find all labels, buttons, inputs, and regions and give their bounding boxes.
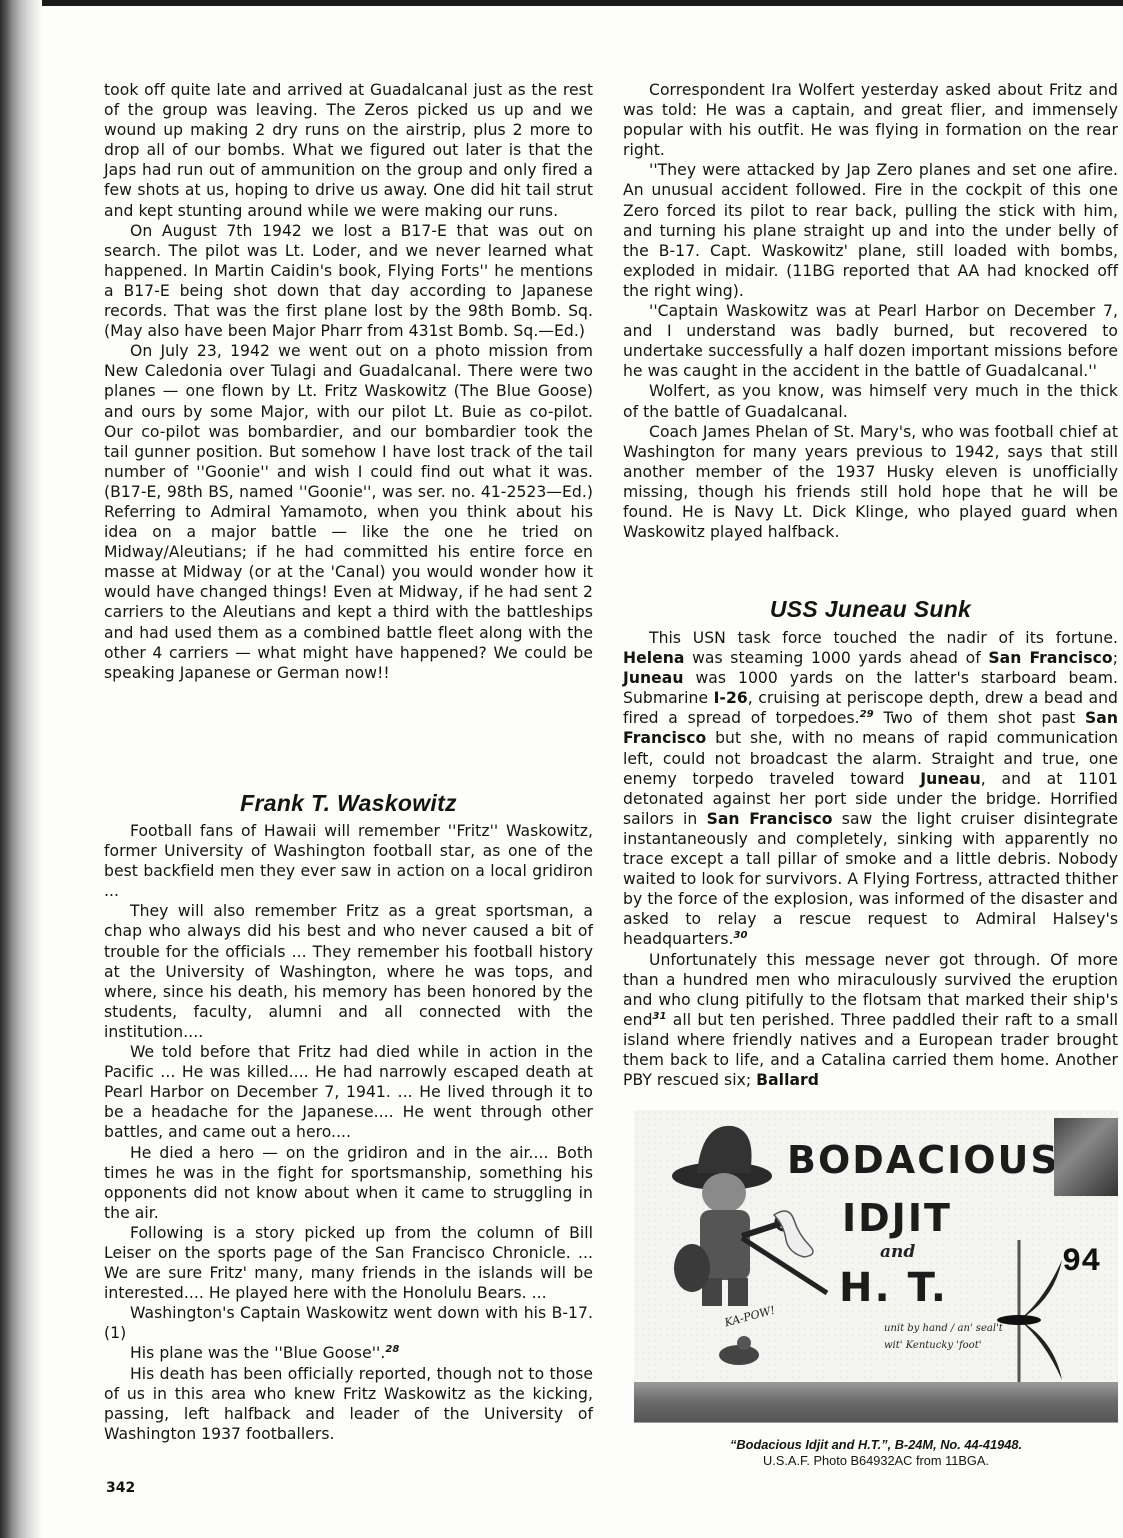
paragraph: We told before that Fritz had died while… <box>104 1042 593 1142</box>
footnote-ref: 29 <box>860 709 874 720</box>
paragraph: He died a hero — on the gridiron and in … <box>104 1143 593 1223</box>
paragraph: took off quite late and arrived at Guada… <box>104 80 593 221</box>
text-run: was steaming 1000 yards ahead of <box>684 649 988 667</box>
paragraph: Washington's Captain Waskowitz went down… <box>104 1303 593 1343</box>
nose-art-idjit: IDJIT <box>842 1196 952 1240</box>
nose-art-bodacious: BODACIOUS <box>787 1138 1060 1182</box>
waskowitz-article: Football fans of Hawaii will remember ''… <box>104 821 593 1444</box>
caption-title: “Bodacious Idjit and H.T.”, B-24M, No. 4… <box>634 1437 1118 1453</box>
text-run: This USN task force touched the nadir of… <box>649 629 1118 647</box>
ship-name-juneau: Juneau <box>623 669 684 687</box>
section-heading-waskowitz: Frank T. Waskowitz <box>104 790 593 817</box>
ship-name-san-francisco: San Francisco <box>707 810 833 828</box>
text-run: all but ten perished. Three paddled thei… <box>623 1011 1118 1089</box>
paragraph-blue-goose: His plane was the ''Blue Goose''.28 <box>104 1343 593 1363</box>
paragraph: Following is a story picked up from the … <box>104 1223 593 1303</box>
fallen-figure-icon <box>714 1335 764 1370</box>
ship-name-ballard: Ballard <box>756 1071 819 1089</box>
paragraph: Unfortunately this message never got thr… <box>623 950 1118 1091</box>
left-column: took off quite late and arrived at Guada… <box>104 80 593 683</box>
paragraph: They will also remember Fritz as a great… <box>104 901 593 1042</box>
paragraph: Football fans of Hawaii will remember ''… <box>104 821 593 901</box>
tail-number: 94 <box>1062 1243 1100 1280</box>
paragraph: ''Captain Waskowitz was at Pearl Harbor … <box>623 301 1118 381</box>
book-binding-gutter <box>0 0 42 1538</box>
scan-top-edge <box>0 0 1123 6</box>
blue-goose-text: His plane was the ''Blue Goose''. <box>130 1344 385 1362</box>
duck-cartoon-icon <box>764 1205 824 1265</box>
paragraph: Coach James Phelan of St. Mary's, who wa… <box>623 422 1118 543</box>
text-run: Two of them shot past <box>874 709 1085 727</box>
text-run: saw the light cruiser disintegrate insta… <box>623 810 1118 949</box>
juneau-article: This USN task force touched the nadir of… <box>623 628 1118 1090</box>
paragraph: On August 7th 1942 we lost a B17-E that … <box>104 221 593 342</box>
paragraph: ''They were attacked by Jap Zero planes … <box>623 160 1118 301</box>
nose-art-and: and <box>880 1242 915 1262</box>
text-run: ; <box>1113 649 1118 667</box>
nose-art-photo: KA-POW! BODACIOUS IDJIT and H. T. unit b… <box>634 1110 1118 1423</box>
footnote-ref: 30 <box>734 930 748 941</box>
paragraph: His death has been officially reported, … <box>104 1364 593 1444</box>
right-column: Correspondent Ira Wolfert yesterday aske… <box>623 80 1118 542</box>
nose-art-ht: H. T. <box>839 1265 948 1311</box>
paragraph: This USN task force touched the nadir of… <box>623 628 1118 950</box>
cockpit-window <box>1054 1118 1118 1196</box>
paragraph: On July 23, 1942 we went out on a photo … <box>104 341 593 683</box>
paragraph: Wolfert, as you know, was himself very m… <box>623 381 1118 421</box>
page-number: 342 <box>106 1480 135 1496</box>
ground-shadow <box>634 1382 1118 1422</box>
propeller-icon <box>984 1240 1064 1385</box>
ship-name-san-francisco: San Francisco <box>988 649 1112 667</box>
photo-caption: “Bodacious Idjit and H.T.”, B-24M, No. 4… <box>634 1437 1118 1469</box>
submarine-name-i26: I-26 <box>714 689 748 707</box>
ship-name-juneau: Juneau <box>920 770 981 788</box>
caption-credit: U.S.A.F. Photo B64932AC from 11BGA. <box>634 1453 1118 1469</box>
paragraph: Correspondent Ira Wolfert yesterday aske… <box>623 80 1118 160</box>
section-heading-juneau: USS Juneau Sunk <box>623 596 1118 623</box>
ship-name-helena: Helena <box>623 649 684 667</box>
footnote-ref: 31 <box>653 1011 667 1022</box>
footnote-ref: 28 <box>385 1344 399 1355</box>
